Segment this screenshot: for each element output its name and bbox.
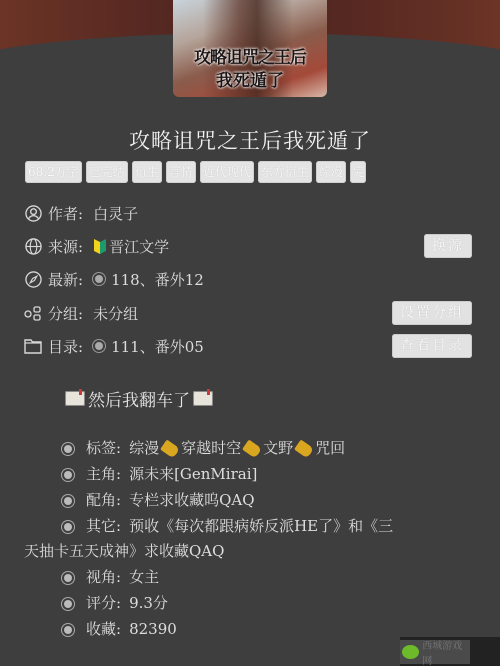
group-value: 未分组 xyxy=(93,303,138,324)
book-cover[interactable]: 攻略诅咒之王后 我死遁了 xyxy=(173,0,327,97)
latest-chapter[interactable]: 118、番外12 xyxy=(111,269,204,290)
detail-tag-value: 综漫 xyxy=(129,436,159,461)
user-icon xyxy=(24,204,42,222)
toc-row: 目录: 111、番外05 xyxy=(24,334,204,358)
watermark-text: 西城游戏网 xyxy=(422,637,470,666)
label-tag-icon xyxy=(160,439,180,458)
book-icon xyxy=(193,391,213,406)
detail-supporting: 配角: 专栏求收藏呜QAQ xyxy=(62,488,255,513)
folder-icon xyxy=(24,337,42,355)
detail-value: 专栏求收藏呜QAQ xyxy=(129,488,254,513)
bullet-icon xyxy=(95,342,103,350)
beginner-mark-icon xyxy=(93,237,107,255)
detail-tag-value: 咒回 xyxy=(315,436,345,461)
cover-title-line1: 攻略诅咒之王后 xyxy=(173,43,327,68)
detail-value: 预收《每次都跟病娇反派HE了》和《三 xyxy=(129,514,393,539)
detail-key: 视角: xyxy=(86,565,121,590)
tag-derivative: 衍生 xyxy=(132,161,162,183)
label-tag-icon xyxy=(242,439,262,458)
author-row: 作者: 白灵子 xyxy=(24,201,138,225)
detail-perspective: 视角: 女主 xyxy=(62,565,159,590)
change-source-button[interactable]: 换源 xyxy=(424,234,472,258)
detail-rating: 评分: 9.3分 xyxy=(62,591,168,616)
group-icon xyxy=(24,304,42,322)
label-tag-icon xyxy=(294,439,314,458)
bullet-icon xyxy=(64,574,72,582)
detail-protagonist: 主角: 源未来[GenMirai] xyxy=(62,462,257,487)
group-label: 分组: xyxy=(48,303,83,324)
detail-other-continuation: 天抽卡五天成神》求收藏QAQ xyxy=(24,539,484,564)
bullet-icon xyxy=(64,445,72,453)
set-group-button[interactable]: 设置分组 xyxy=(392,301,472,325)
detail-favorites: 收藏: 82390 xyxy=(62,617,177,642)
bullet-icon xyxy=(64,626,72,634)
detail-other: 其它: 预收《每次都跟病娇反派HE了》和《三 xyxy=(62,514,393,539)
watermark-badge: 西城游戏网 xyxy=(400,640,470,664)
toc-chapter[interactable]: 111、番外05 xyxy=(111,336,204,357)
bullet-icon xyxy=(64,600,72,608)
tag-eastern-derivative: 东方衍生 xyxy=(258,161,312,183)
book-icon xyxy=(65,391,85,406)
detail-value: 82390 xyxy=(129,617,177,642)
latest-row: 最新: 118、番外12 xyxy=(24,267,204,291)
tag-romance: 言情 xyxy=(166,161,196,183)
author-label: 作者: xyxy=(48,203,83,224)
detail-value: 9.3分 xyxy=(129,591,168,616)
watermark-logo-icon xyxy=(402,645,419,659)
source-row: 来源: 晋江文学 xyxy=(24,234,169,258)
globe-icon xyxy=(24,237,42,255)
view-toc-button[interactable]: 查看目录 xyxy=(392,334,472,358)
detail-tags: 标签: 综漫 穿越时空 文野 咒回 xyxy=(62,436,345,461)
toc-label: 目录: xyxy=(48,336,83,357)
group-row: 分组: 未分组 xyxy=(24,301,138,325)
author-value[interactable]: 白灵子 xyxy=(93,203,138,224)
latest-label: 最新: xyxy=(48,269,83,290)
intro-headline-text: 然后我翻车了 xyxy=(88,386,190,411)
detail-value: 源未来[GenMirai] xyxy=(129,462,257,487)
compass-icon xyxy=(24,270,42,288)
detail-key: 配角: xyxy=(86,488,121,513)
bullet-icon xyxy=(95,275,103,283)
detail-key: 其它: xyxy=(86,514,121,539)
detail-tag-value: 穿越时空 xyxy=(181,436,241,461)
tag-modern: 近代现代 xyxy=(200,161,254,183)
detail-key: 主角: xyxy=(86,462,121,487)
source-name: 晋江文学 xyxy=(109,236,169,257)
bullet-icon xyxy=(64,471,72,479)
detail-tag-value: 文野 xyxy=(263,436,293,461)
source-label: 来源: xyxy=(48,236,83,257)
tag-list: 68.2万字 已完结 衍生 言情 近代现代 东方衍生 综漫 完 xyxy=(25,161,366,183)
intro-headline: 然后我翻车了 xyxy=(62,386,216,411)
bullet-icon xyxy=(64,497,72,505)
detail-key: 评分: xyxy=(86,591,121,616)
watermark: 西城游戏网 xyxy=(400,637,500,666)
detail-key: 收藏: xyxy=(86,617,121,642)
tag-status: 已完结 xyxy=(86,161,128,183)
detail-key: 标签: xyxy=(86,436,121,461)
book-title: 攻略诅咒之王后我死遁了 xyxy=(0,125,500,155)
source-value: 晋江文学 xyxy=(93,236,169,257)
tag-word-count: 68.2万字 xyxy=(25,161,82,183)
bullet-icon xyxy=(64,523,72,531)
detail-value: 女主 xyxy=(129,565,159,590)
tag-overflow: 完 xyxy=(350,161,366,183)
tag-anime: 综漫 xyxy=(316,161,346,183)
cover-title-line2: 我死遁了 xyxy=(173,66,327,91)
